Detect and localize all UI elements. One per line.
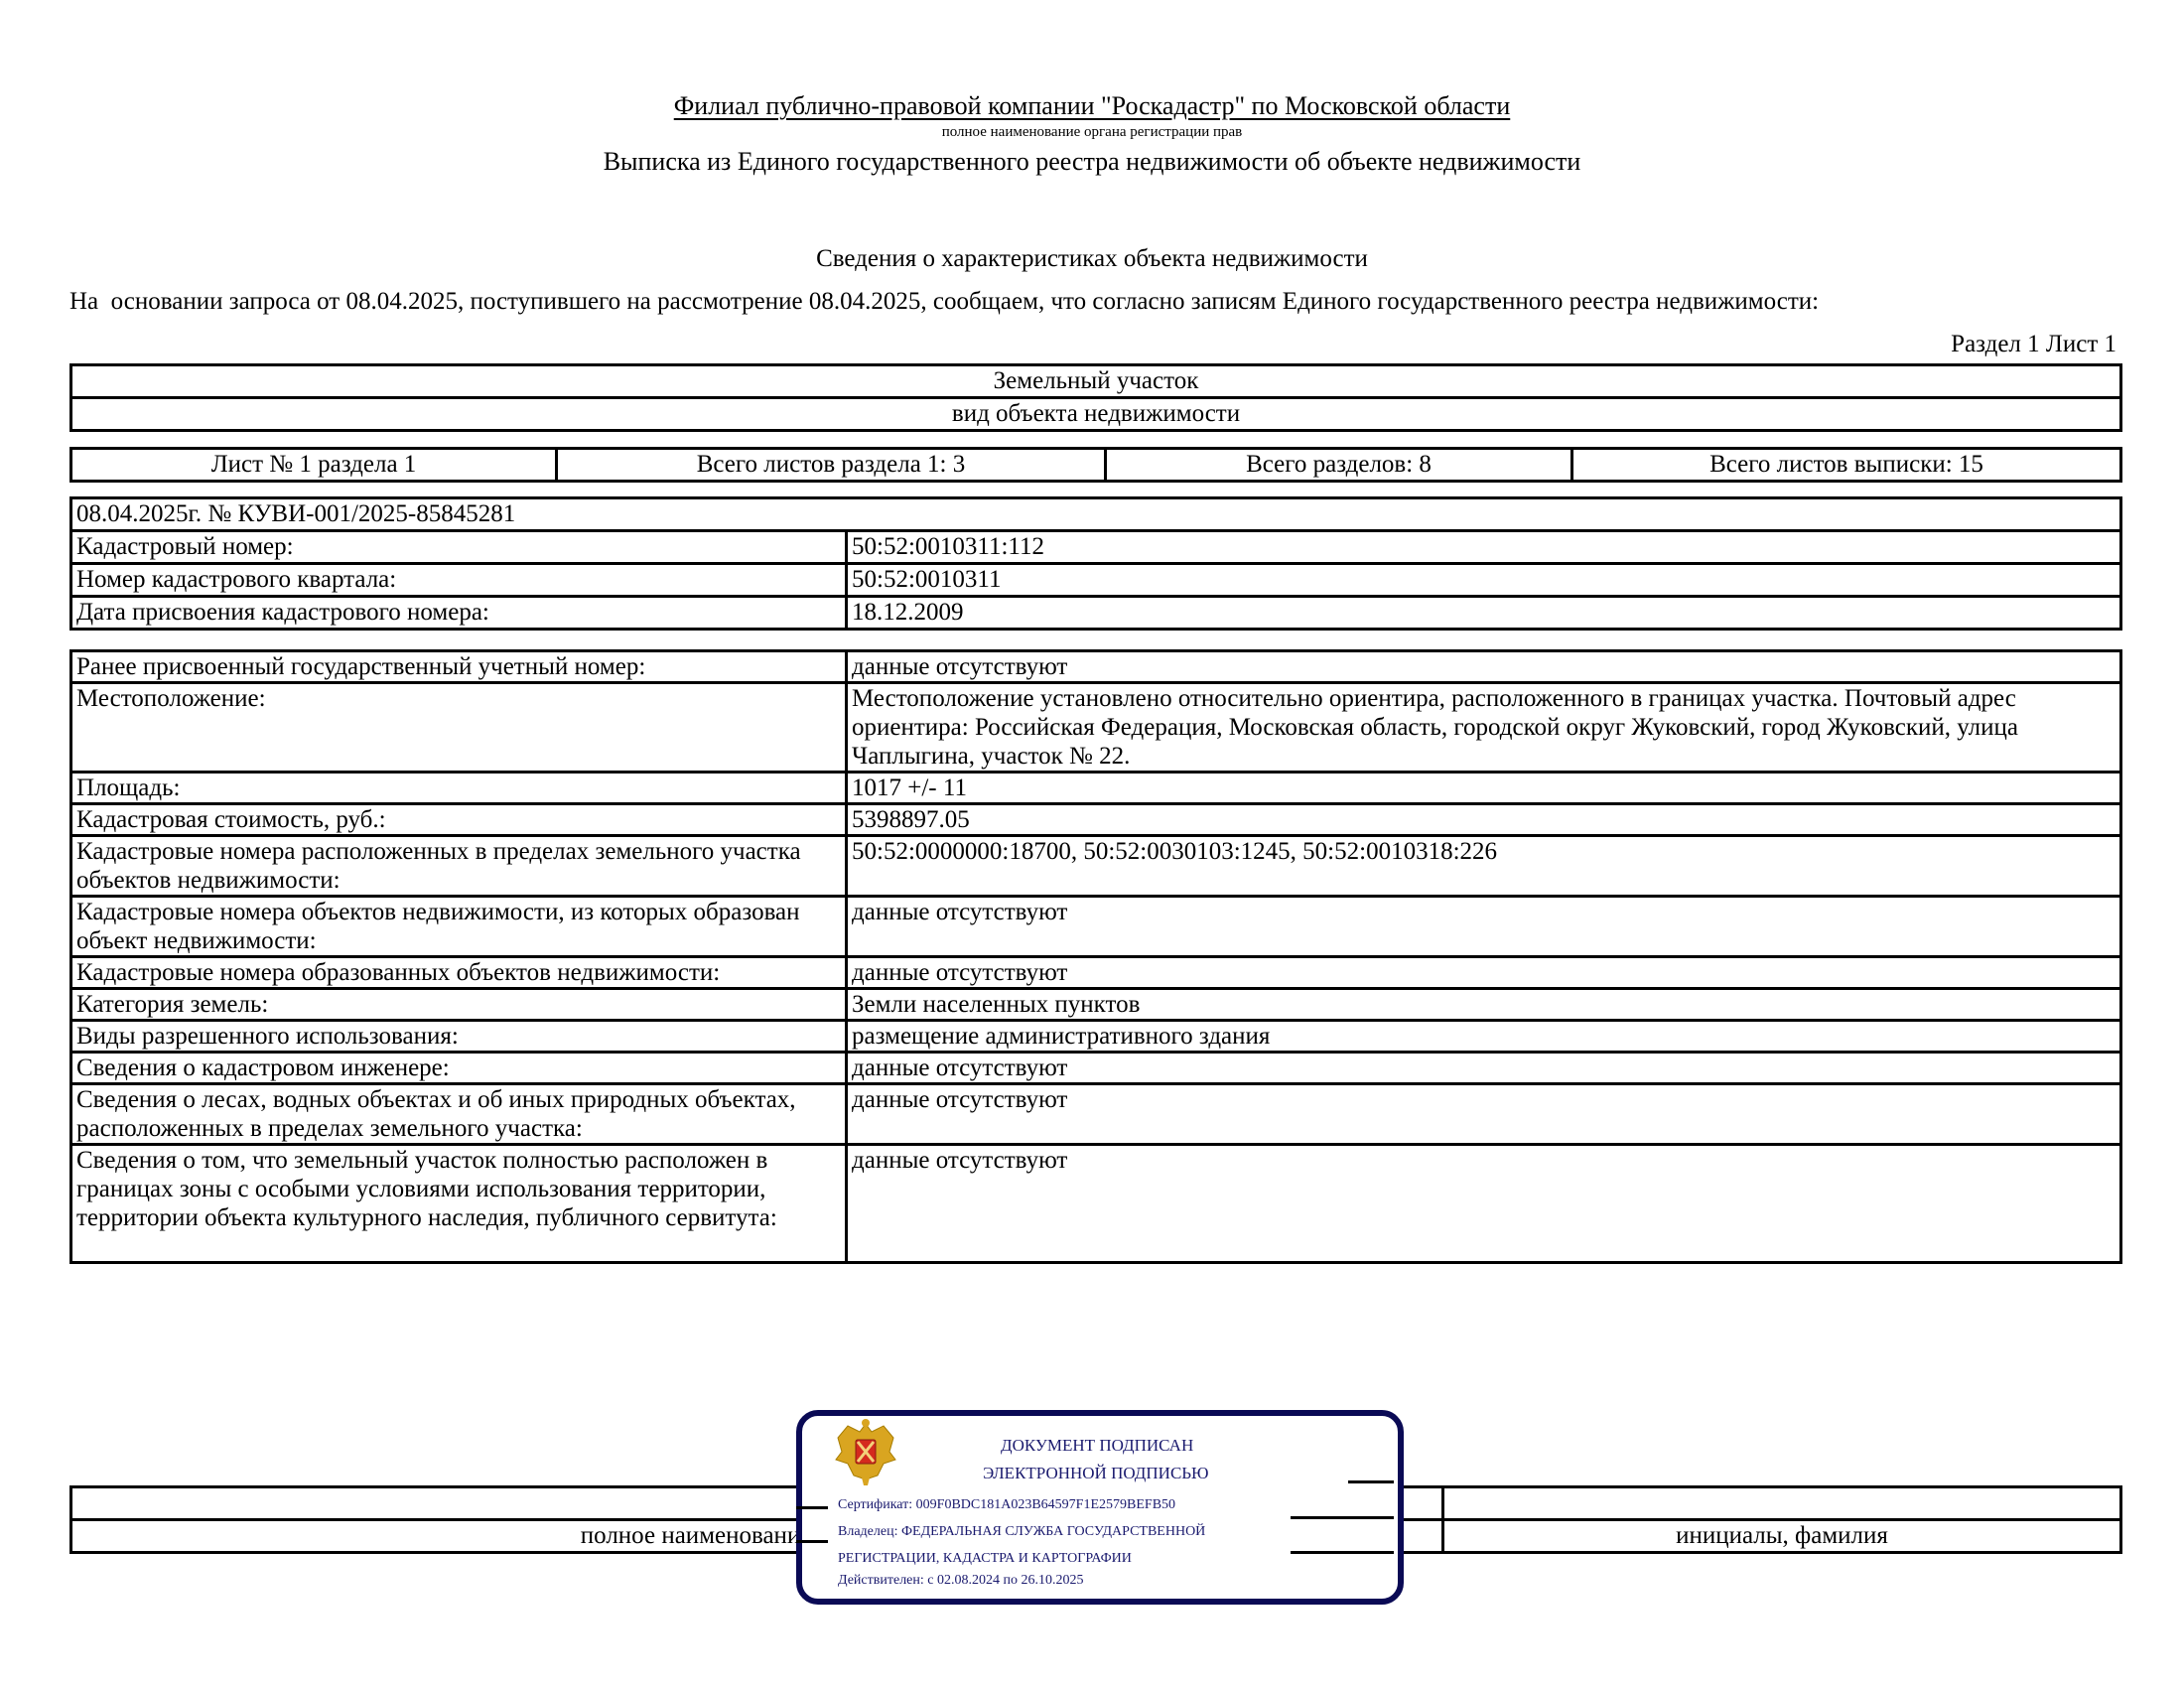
row-label: Кадастровые номера объектов недвижимости…: [71, 897, 847, 957]
organization-name-text: Филиал публично-правовой компании "Роска…: [674, 91, 1511, 120]
row-value: Земли населенных пунктов: [847, 989, 2121, 1021]
row-label: Площадь:: [71, 773, 847, 804]
table-row: Категория земель:Земли населенных пункто…: [71, 989, 2121, 1021]
document-title: Выписка из Единого государственного реес…: [0, 147, 2184, 177]
row-label: Категория земель:: [71, 989, 847, 1021]
section-title: Сведения о характеристиках объекта недви…: [0, 245, 2184, 273]
stamp-rule: [796, 1506, 828, 1509]
object-type-table: Земельный участок вид объекта недвижимос…: [69, 363, 2122, 432]
table-row: Сведения о кадастровом инженере:данные о…: [71, 1053, 2121, 1084]
name-caption: инициалы, фамилия: [1443, 1520, 2121, 1553]
organization-name: Филиал публично-правовой компании "Роска…: [0, 91, 2184, 121]
stamp-owner-line-1: Владелец: ФЕДЕРАЛЬНАЯ СЛУЖБА ГОСУДАРСТВЕ…: [838, 1524, 1205, 1540]
stamp-line-2: ЭЛЕКТРОННОЙ ПОДПИСЬЮ: [983, 1464, 1209, 1483]
table-row: Кадастровая стоимость, руб.:5398897.05: [71, 804, 2121, 836]
row-value: 18.12.2009: [847, 597, 2121, 630]
table-row: Кадастровый номер: 50:52:0010311:112: [71, 531, 2121, 564]
total-extract-sheets: Всего листов выписки: 15: [1572, 449, 2121, 482]
object-type: Земельный участок: [71, 365, 2121, 398]
row-label: Виды разрешенного использования:: [71, 1021, 847, 1053]
sheet-label: Раздел 1 Лист 1: [1951, 331, 2116, 358]
organization-caption: полное наименование органа регистрации п…: [0, 124, 2184, 141]
row-value: 50:52:0010311: [847, 564, 2121, 597]
row-label: Сведения о лесах, водных объектах и об и…: [71, 1084, 847, 1145]
row-value: данные отсутствуют: [847, 651, 2121, 683]
table-row: Кадастровые номера расположенных в преде…: [71, 836, 2121, 897]
stamp-owner-line-2: РЕГИСТРАЦИИ, КАДАСТРА И КАРТОГРАФИИ: [838, 1551, 1132, 1567]
row-value: данные отсутствуют: [847, 1053, 2121, 1084]
row-label: Кадастровая стоимость, руб.:: [71, 804, 847, 836]
table-line-overlay: [1348, 1480, 1394, 1483]
table-row: Номер кадастрового квартала: 50:52:00103…: [71, 564, 2121, 597]
row-value: данные отсутствуют: [847, 1145, 2121, 1263]
stamp-line-1: ДОКУМЕНТ ПОДПИСАН: [1001, 1436, 1193, 1456]
table-row: Сведения о лесах, водных объектах и об и…: [71, 1084, 2121, 1145]
request-intro: На основании запроса от 08.04.2025, пост…: [69, 288, 1819, 316]
table-line-overlay: [1291, 1516, 1394, 1519]
row-label: Кадастровый номер:: [71, 531, 847, 564]
characteristics-table: Ранее присвоенный государственный учетны…: [69, 649, 2122, 1264]
table-row: Дата присвоения кадастрового номера: 18.…: [71, 597, 2121, 630]
row-label: Ранее присвоенный государственный учетны…: [71, 651, 847, 683]
stamp-validity: Действителен: с 02.08.2024 по 26.10.2025: [838, 1573, 1083, 1589]
table-row: Местоположение:Местоположение установлен…: [71, 683, 2121, 773]
row-label: Сведения о кадастровом инженере:: [71, 1053, 847, 1084]
table-row: Кадастровые номера образованных объектов…: [71, 957, 2121, 989]
extract-reference: 08.04.2025г. № КУВИ-001/2025-85845281: [71, 498, 2121, 531]
row-value: данные отсутствуют: [847, 897, 2121, 957]
table-row: Кадастровые номера объектов недвижимости…: [71, 897, 2121, 957]
row-label: Кадастровые номера образованных объектов…: [71, 957, 847, 989]
total-sections: Всего разделов: 8: [1106, 449, 1572, 482]
row-label: Дата присвоения кадастрового номера:: [71, 597, 847, 630]
total-section-sheets: Всего листов раздела 1: 3: [557, 449, 1106, 482]
row-value: размещение административного здания: [847, 1021, 2121, 1053]
row-value: 50:52:0010311:112: [847, 531, 2121, 564]
row-label: Кадастровые номера расположенных в преде…: [71, 836, 847, 897]
stamp-certificate: Сертификат: 009F0BDC181A023B64597F1E2579…: [838, 1497, 1175, 1513]
object-type-caption: вид объекта недвижимости: [71, 398, 2121, 431]
row-label: Сведения о том, что земельный участок по…: [71, 1145, 847, 1263]
row-value: Местоположение установлено относительно …: [847, 683, 2121, 773]
stamp-rule: [796, 1540, 828, 1543]
table-row: Сведения о том, что земельный участок по…: [71, 1145, 2121, 1263]
table-line-overlay: [1291, 1551, 1394, 1554]
cadastral-info-table: 08.04.2025г. № КУВИ-001/2025-85845281 Ка…: [69, 496, 2122, 631]
name-field: [1443, 1487, 2121, 1520]
row-label: Номер кадастрового квартала:: [71, 564, 847, 597]
row-value: 50:52:0000000:18700, 50:52:0030103:1245,…: [847, 836, 2121, 897]
row-label: Местоположение:: [71, 683, 847, 773]
row-value: 5398897.05: [847, 804, 2121, 836]
coat-of-arms-icon: [832, 1418, 899, 1487]
sheet-counters-table: Лист № 1 раздела 1 Всего листов раздела …: [69, 447, 2122, 483]
row-value: данные отсутствуют: [847, 957, 2121, 989]
table-row: Площадь:1017 +/- 11: [71, 773, 2121, 804]
table-row: Виды разрешенного использования:размещен…: [71, 1021, 2121, 1053]
table-row: Ранее присвоенный государственный учетны…: [71, 651, 2121, 683]
row-value: данные отсутствуют: [847, 1084, 2121, 1145]
sheet-of-section: Лист № 1 раздела 1: [71, 449, 557, 482]
row-value: 1017 +/- 11: [847, 773, 2121, 804]
